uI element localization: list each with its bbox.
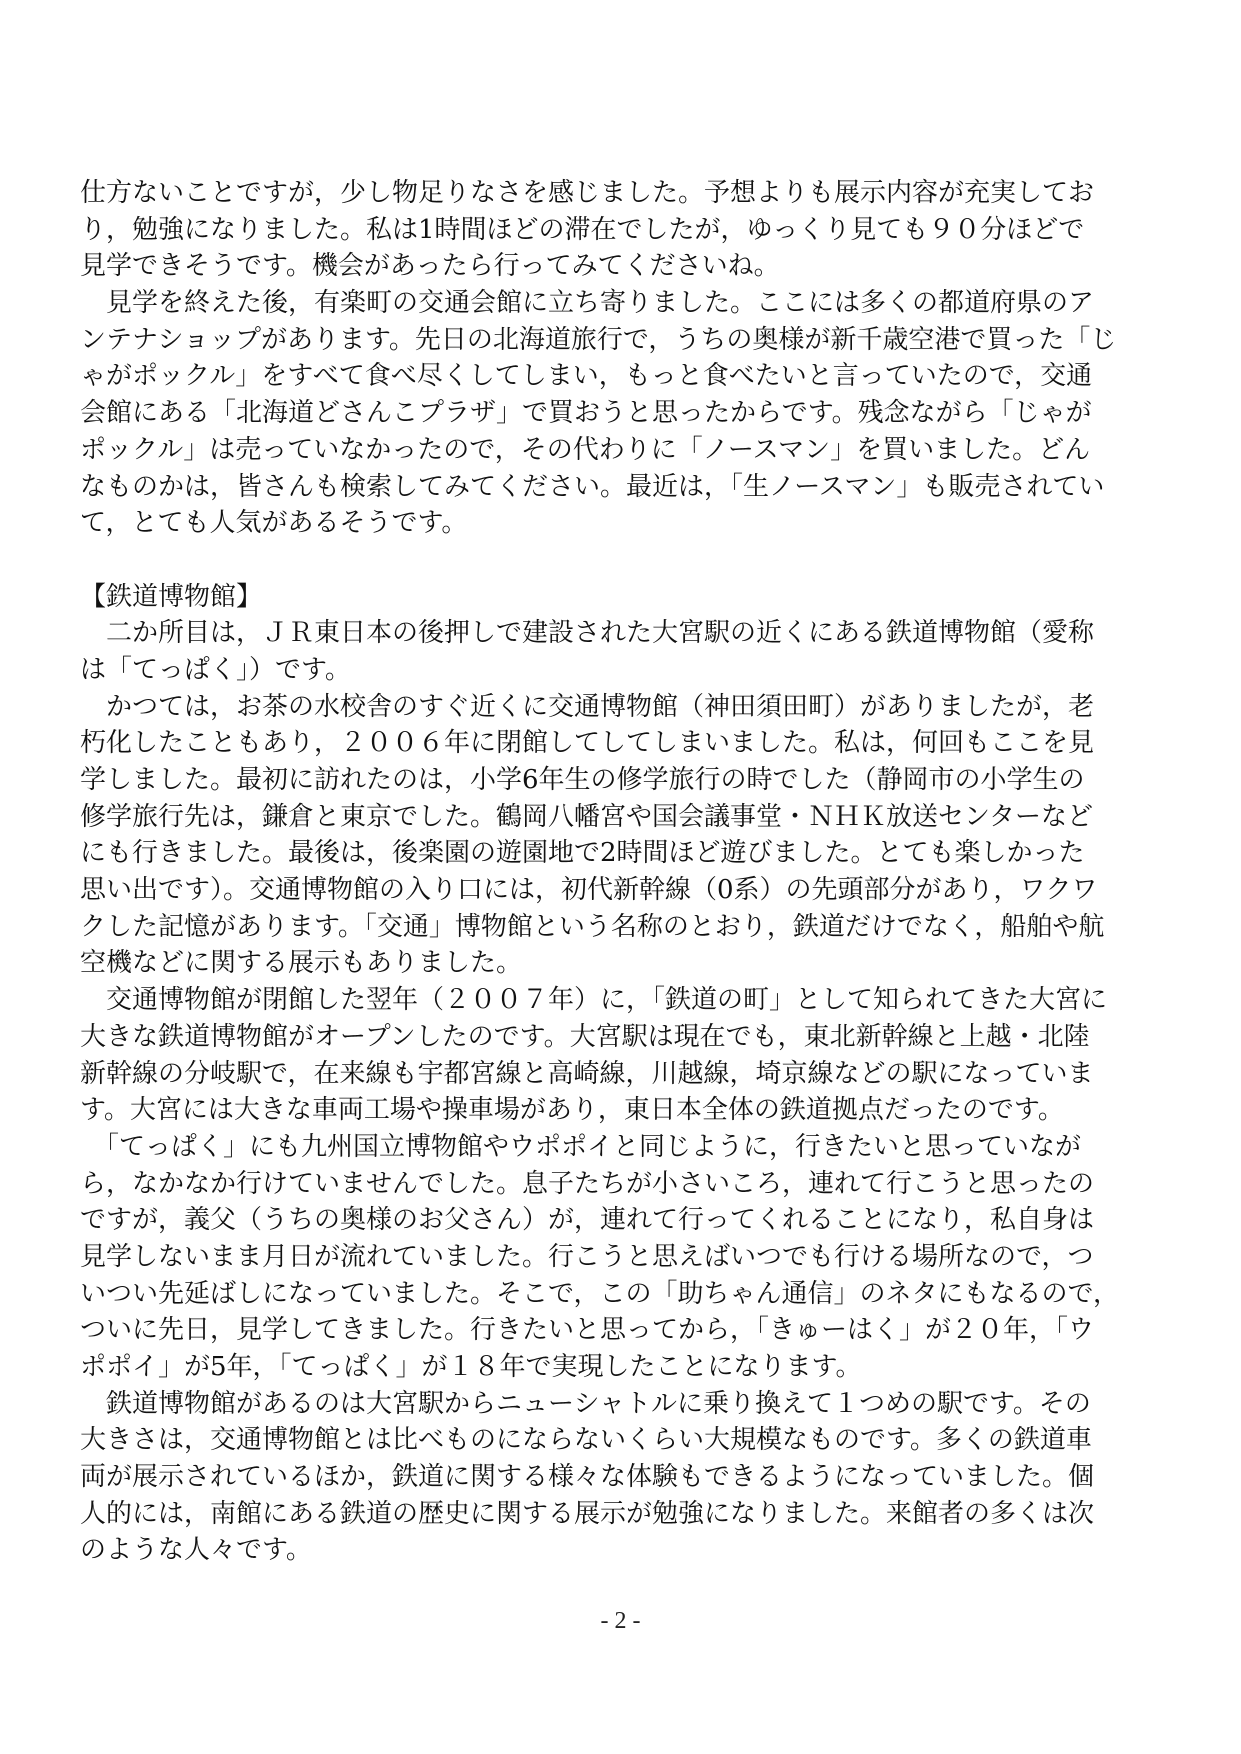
document-body: 仕方ないことですが，少し物足りなさを感じました。予想よりも展示内容が充実してお … bbox=[80, 175, 1160, 1569]
text-line: ですが，義父（うちの奥様のお父さん）が，連れて行ってくれることになり，私自身は bbox=[80, 1202, 1160, 1239]
paragraph-teppaku-intro: 二か所目は，ＪＲ東日本の後押しで建設された大宮駅の近くにある鉄道博物館（愛称 は… bbox=[80, 615, 1160, 688]
paragraph-kotsu-kaikan: 見学を終えた後，有楽町の交通会館に立ち寄りました。ここには多くの都道府県のア ン… bbox=[80, 285, 1160, 542]
text-line: 仕方ないことですが，少し物足りなさを感じました。予想よりも展示内容が充実してお bbox=[80, 175, 1160, 212]
paragraph-museum-details: 鉄道博物館があるのは大宮駅からニューシャトルに乗り換えて１つめの駅です。その 大… bbox=[80, 1386, 1160, 1569]
paragraph-visit-delay: 「てっぱく」にも九州国立博物館やウポポイと同じように，行きたいと思っていなが ら… bbox=[80, 1129, 1160, 1386]
text-line: り，勉強になりました。私は1時間ほどの滞在でしたが，ゆっくり見ても９０分ほどで bbox=[80, 212, 1160, 249]
text-line: ゃがポックル」をすべて食べ尽くしてしまい，もっと食べたいと言っていたので，交通 bbox=[80, 358, 1160, 395]
text-line: ら，なかなか行けていませんでした。息子たちが小さいころ，連れて行こうと思ったの bbox=[80, 1166, 1160, 1203]
text-line: 鉄道博物館があるのは大宮駅からニューシャトルに乗り換えて１つめの駅です。その bbox=[80, 1386, 1160, 1423]
text-line: す。大宮には大きな車両工場や操車場があり，東日本全体の鉄道拠点だったのです。 bbox=[80, 1092, 1160, 1129]
text-line: 修学旅行先は，鎌倉と東京でした。鶴岡八幡宮や国会議事堂・ＮＨＫ放送センターなど bbox=[80, 799, 1160, 836]
text-line: ポックル」は売っていなかったので，その代わりに「ノースマン」を買いました。どん bbox=[80, 432, 1160, 469]
text-line: 見学を終えた後，有楽町の交通会館に立ち寄りました。ここには多くの都道府県のア bbox=[80, 285, 1160, 322]
text-line: ンテナショップがあります。先日の北海道旅行で，うちの奥様が新千歳空港で買った「じ bbox=[80, 322, 1160, 359]
text-line: 学しました。最初に訪れたのは，小学6年生の修学旅行の時でした（静岡市の小学生の bbox=[80, 762, 1160, 799]
text-line: 二か所目は，ＪＲ東日本の後押しで建設された大宮駅の近くにある鉄道博物館（愛称 bbox=[80, 615, 1160, 652]
text-line: いつい先延ばしになっていました。そこで，この「助ちゃん通信」のネタにもなるので， bbox=[80, 1276, 1160, 1313]
text-line: 思い出です）。交通博物館の入り口には，初代新幹線（0系）の先頭部分があり，ワクワ bbox=[80, 872, 1160, 909]
text-line: 両が展示されているほか，鉄道に関する様々な体験もできるようになっていました。個 bbox=[80, 1459, 1160, 1496]
text-line: ついに先日，見学してきました。行きたいと思ってから，「きゅーはく」が２０年，「ウ bbox=[80, 1312, 1160, 1349]
text-line: ポポイ」が5年，「てっぱく」が１８年で実現したことになります。 bbox=[80, 1349, 1160, 1386]
text-line: 見学しないまま月日が流れていました。行こうと思えばいつでも行ける場所なので，つ bbox=[80, 1239, 1160, 1276]
text-line: 交通博物館が閉館した翌年（２００７年）に，「鉄道の町」として知られてきた大宮に bbox=[80, 982, 1160, 1019]
paragraph-omiya-opening: 交通博物館が閉館した翌年（２００７年）に，「鉄道の町」として知られてきた大宮に … bbox=[80, 982, 1160, 1129]
text-line: 空機などに関する展示もありました。 bbox=[80, 945, 1160, 982]
text-line: にも行きました。最後は，後楽園の遊園地で2時間ほど遊びました。とても楽しかった bbox=[80, 835, 1160, 872]
text-line: 「てっぱく」にも九州国立博物館やウポポイと同じように，行きたいと思っていなが bbox=[80, 1129, 1160, 1166]
text-line: て，とても人気があるそうです。 bbox=[80, 505, 1160, 542]
blank-line bbox=[80, 542, 1160, 579]
paragraph-kotsu-museum-history: かつては，お茶の水校舎のすぐ近くに交通博物館（神田須田町）がありましたが，老 朽… bbox=[80, 689, 1160, 983]
text-line: 人的には，南館にある鉄道の歴史に関する展示が勉強になりました。来館者の多くは次 bbox=[80, 1496, 1160, 1533]
text-line: 見学できそうです。機会があったら行ってみてくださいね。 bbox=[80, 248, 1160, 285]
text-line: 朽化したこともあり，２００６年に閉館してしてしまいました。私は，何回もここを見 bbox=[80, 725, 1160, 762]
text-line: 大きな鉄道博物館がオープンしたのです。大宮駅は現在でも，東北新幹線と上越・北陸 bbox=[80, 1019, 1160, 1056]
text-line: 新幹線の分岐駅で，在来線も宇都宮線と高崎線，川越線，埼京線などの駅になっていま bbox=[80, 1056, 1160, 1093]
text-line: は「てっぱく」）です。 bbox=[80, 652, 1160, 689]
text-line: かつては，お茶の水校舎のすぐ近くに交通博物館（神田須田町）がありましたが，老 bbox=[80, 689, 1160, 726]
text-line: クした記憶があります。「交通」博物館という名称のとおり，鉄道だけでなく，船舶や航 bbox=[80, 909, 1160, 946]
page-number: - 2 - bbox=[0, 1608, 1241, 1635]
paragraph-museum-impression: 仕方ないことですが，少し物足りなさを感じました。予想よりも展示内容が充実してお … bbox=[80, 175, 1160, 285]
section-heading: 【鉄道博物館】 bbox=[80, 579, 1160, 616]
text-line: 大きさは，交通博物館とは比べものにならないくらい大規模なものです。多くの鉄道車 bbox=[80, 1422, 1160, 1459]
text-line: 会館にある「北海道どさんこプラザ」で買おうと思ったからです。残念ながら「じゃが bbox=[80, 395, 1160, 432]
text-line: のような人々です。 bbox=[80, 1532, 1160, 1569]
text-line: なものかは，皆さんも検索してみてください。最近は，「生ノースマン」も販売されてい bbox=[80, 469, 1160, 506]
